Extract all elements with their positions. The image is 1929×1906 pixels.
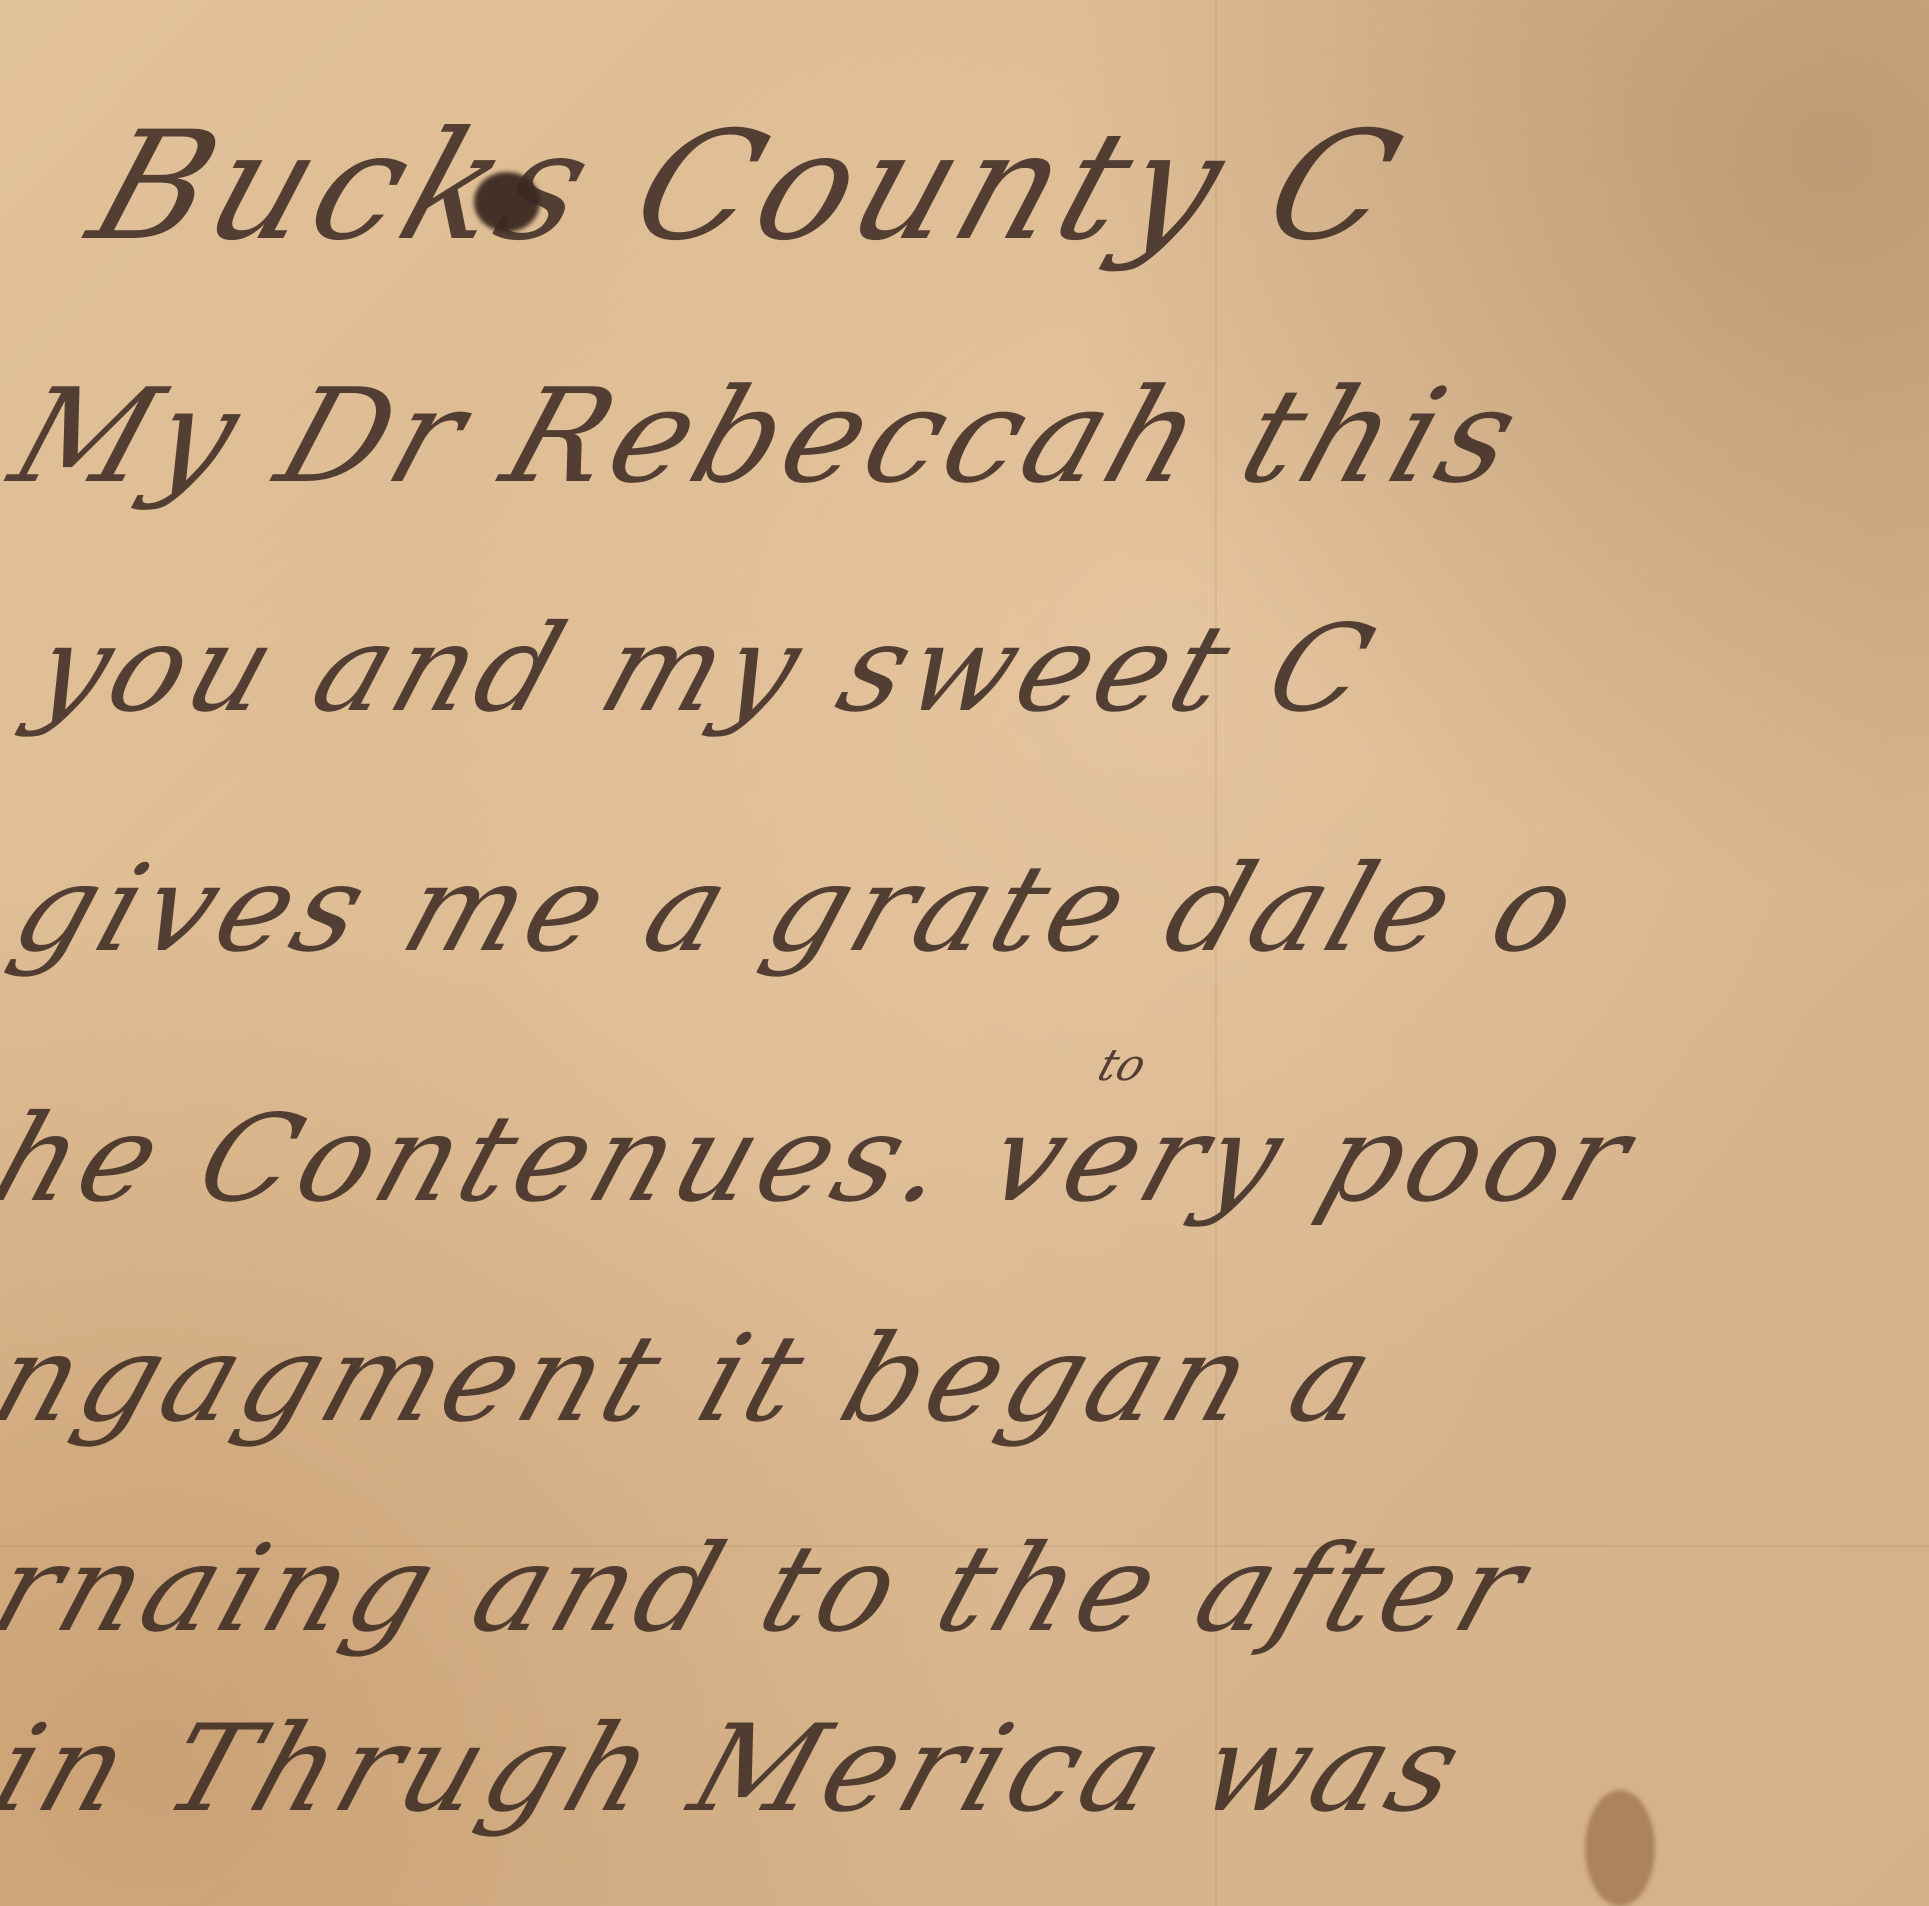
ink-stain [1585, 1790, 1655, 1906]
letter-line-7: rnaing and to the after [0, 1520, 1547, 1659]
letter-line-3: you and my sweet C [17, 600, 1394, 739]
letter-line-8: in Thrugh Merica was [0, 1700, 1483, 1839]
letter-line-4: gives me a grate dale o [0, 840, 1598, 979]
letter-line-salutation: My Dr Rebeccah this [0, 360, 1542, 512]
letter-line-6: ngagment it began a [0, 1310, 1395, 1449]
letter-line-5: he Contenues. very poor [0, 1090, 1652, 1229]
letter-line-place: Bucks County C [72, 100, 1425, 274]
